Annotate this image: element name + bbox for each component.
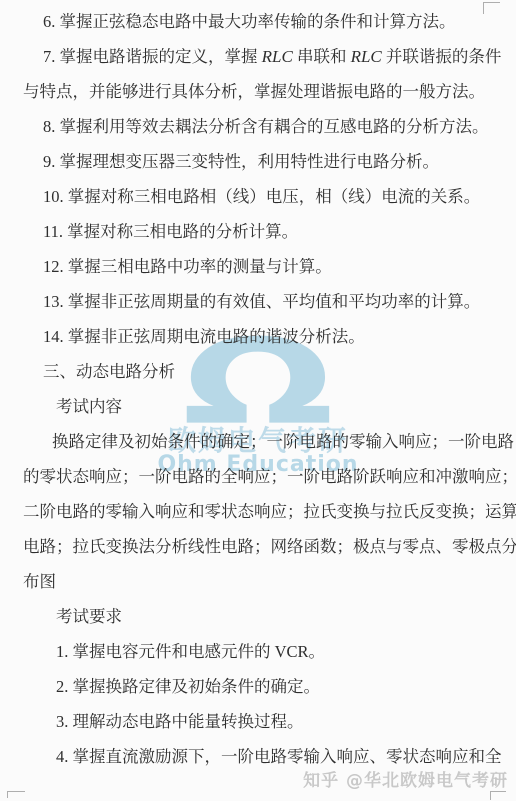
syllabus-item-12: 12. 掌握三相电路中功率的测量与计算。: [23, 249, 496, 284]
exam-requirements-heading: 考试要求: [23, 599, 496, 634]
exam-content-paragraph-line-4: 电路；拉氏变换法分析线性电路；网络函数；极点与零点、零极点分: [23, 529, 496, 564]
exam-content-paragraph-line-5: 布图: [23, 564, 496, 599]
document-page: 6. 掌握正弦稳态电路中最大功率传输的条件和计算方法。 7. 掌握电路谐振的定义…: [0, 0, 516, 774]
syllabus-item-14: 14. 掌握非正弦周期电流电路的谐波分析法。: [23, 319, 496, 354]
requirement-item-3: 3. 理解动态电路中能量转换过程。: [23, 704, 496, 739]
syllabus-item-9: 9. 掌握理想变压器三变特性，利用特性进行电路分析。: [23, 144, 496, 179]
page-corner-mark-bottom-right: [490, 791, 506, 800]
syllabus-item-11: 11. 掌握对称三相电路的分析计算。: [23, 214, 496, 249]
page-corner-mark-bottom-left: [7, 791, 25, 798]
page-corner-mark-top-right: [483, 2, 500, 14]
exam-content-paragraph-line-1: 换路定律及初始条件的确定；一阶电路的零输入响应；一阶电路: [23, 424, 496, 459]
exam-content-paragraph-line-2: 的零状态响应；一阶电路的全响应；一阶电路阶跃响应和冲激响应；: [23, 459, 496, 494]
requirement-item-2: 2. 掌握换路定律及初始条件的确定。: [23, 669, 496, 704]
syllabus-item-10: 10. 掌握对称三相电路相（线）电压，相（线）电流的关系。: [23, 179, 496, 214]
rlc-symbol-1: RLC: [262, 47, 293, 66]
syllabus-item-6: 6. 掌握正弦稳态电路中最大功率传输的条件和计算方法。: [23, 4, 496, 39]
item-7-post: 并联谐振的条件: [382, 47, 502, 66]
zhihu-account-watermark: 知乎 @华北欧姆电气考研: [303, 766, 508, 791]
item-7-mid: 串联和: [293, 47, 351, 66]
exam-content-heading: 考试内容: [23, 389, 496, 424]
exam-content-paragraph-line-3: 二阶电路的零输入响应和零状态响应；拉氏变换与拉氏反变换；运算: [23, 494, 496, 529]
syllabus-item-8: 8. 掌握利用等效去耦法分析含有耦合的互感电路的分析方法。: [23, 109, 496, 144]
syllabus-item-13: 13. 掌握非正弦周期量的有效值、平均值和平均功率的计算。: [23, 284, 496, 319]
requirement-item-1: 1. 掌握电容元件和电感元件的 VCR。: [23, 634, 496, 669]
syllabus-item-7: 7. 掌握电路谐振的定义，掌握 RLC 串联和 RLC 并联谐振的条件: [23, 39, 496, 74]
item-7-pre: 7. 掌握电路谐振的定义，掌握: [43, 47, 262, 66]
rlc-symbol-2: RLC: [351, 47, 382, 66]
section-heading-dynamic-circuits: 三、动态电路分析: [23, 354, 496, 389]
syllabus-item-7-continuation: 与特点，并能够进行具体分析，掌握处理谐振电路的一般方法。: [23, 74, 496, 109]
